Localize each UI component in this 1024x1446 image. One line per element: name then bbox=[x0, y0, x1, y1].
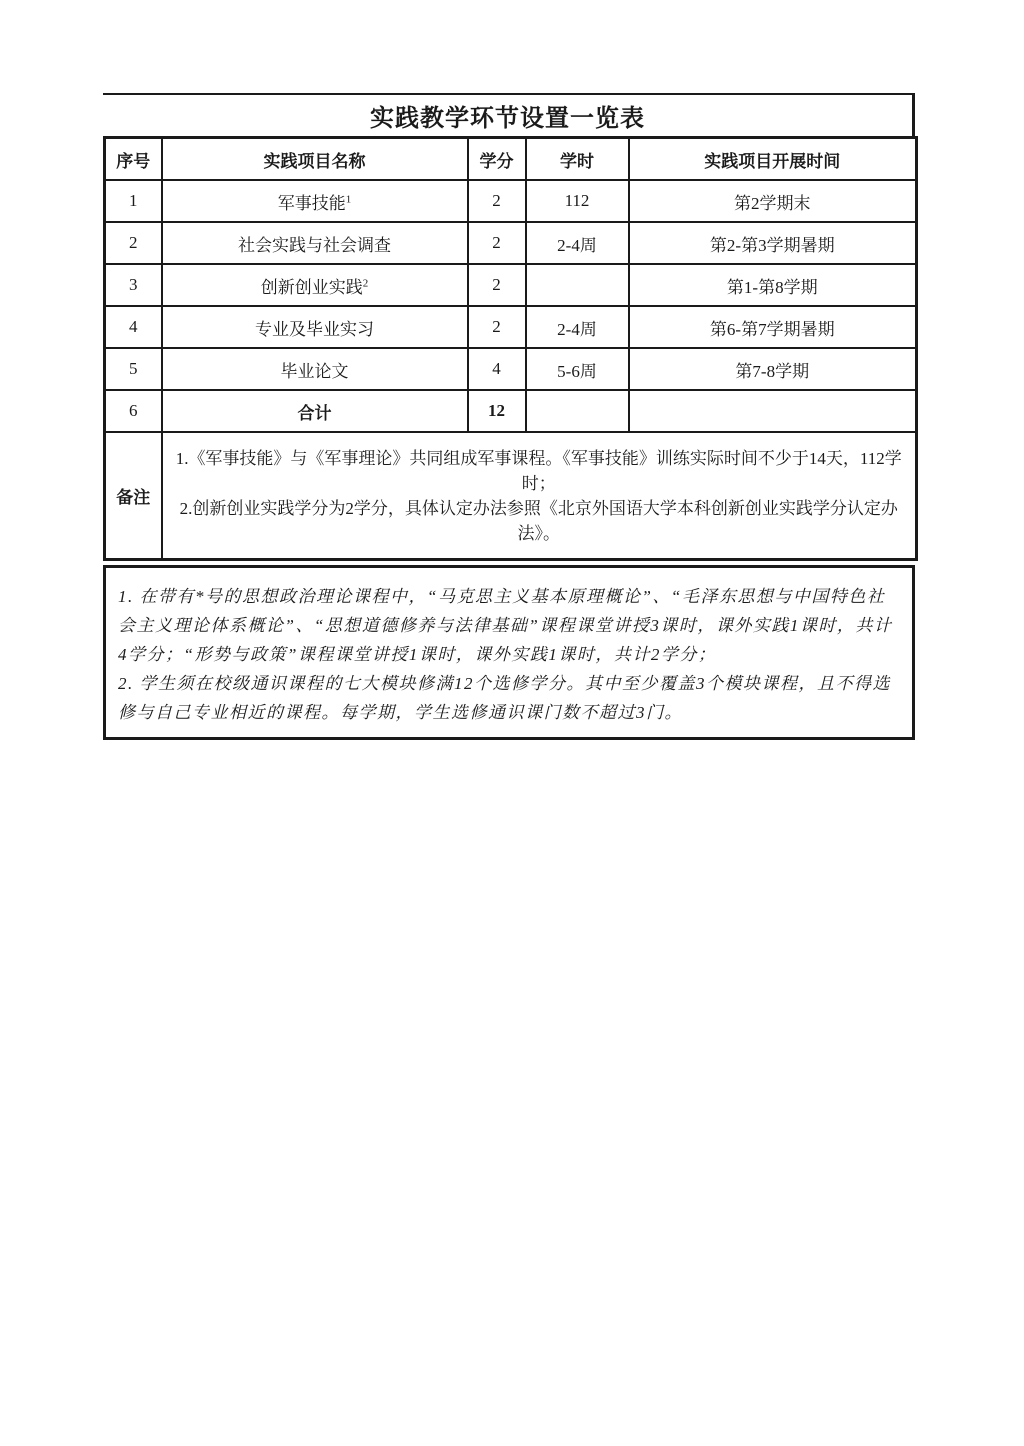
column-header-project-name: 实践项目名称 bbox=[162, 138, 468, 181]
cell-time: 第2学期末 bbox=[629, 180, 917, 222]
cell-seq: 5 bbox=[105, 348, 162, 390]
cell-time: 第7-8学期 bbox=[629, 348, 917, 390]
cell-hours bbox=[526, 390, 629, 432]
cell-hours bbox=[526, 264, 629, 306]
remark-content: 1.《军事技能》与《军事理论》共同组成军事课程。《军事技能》训练实际时间不少于1… bbox=[162, 432, 917, 560]
table-title: 实践教学环节设置一览表 bbox=[370, 98, 645, 133]
total-row: 6 合计 12 bbox=[105, 390, 917, 432]
remark-row: 备注 1.《军事技能》与《军事理论》共同组成军事课程。《军事技能》训练实际时间不… bbox=[105, 432, 917, 560]
cell-total-credits: 12 bbox=[468, 390, 526, 432]
practice-schedule-table: 序号 实践项目名称 学分 学时 实践项目开展时间 1 军事技能1 2 112 第… bbox=[103, 136, 918, 561]
cell-credits: 2 bbox=[468, 222, 526, 264]
remark-label: 备注 bbox=[105, 432, 162, 560]
cell-project-name: 专业及毕业实习 bbox=[162, 306, 468, 348]
cell-credits: 4 bbox=[468, 348, 526, 390]
cell-seq: 6 bbox=[105, 390, 162, 432]
cell-hours: 5-6周 bbox=[526, 348, 629, 390]
cell-credits: 2 bbox=[468, 306, 526, 348]
column-header-time: 实践项目开展时间 bbox=[629, 138, 917, 181]
cell-time: 第1-第8学期 bbox=[629, 264, 917, 306]
cell-seq: 3 bbox=[105, 264, 162, 306]
cell-time bbox=[629, 390, 917, 432]
header-row: 序号 实践项目名称 学分 学时 实践项目开展时间 bbox=[105, 138, 917, 181]
footnote-2: 2. 学生须在校级通识课程的七大模块修满12个选修学分。其中至少覆盖3个模块课程… bbox=[118, 669, 900, 727]
footnotes-box: 1. 在带有*号的思想政治理论课程中，“马克思主义基本原理概论”、“毛泽东思想与… bbox=[103, 565, 915, 740]
project-name-text: 创新创业实践 bbox=[261, 278, 363, 297]
column-header-hours: 学时 bbox=[526, 138, 629, 181]
cell-hours: 2-4周 bbox=[526, 222, 629, 264]
footnote-ref: 1 bbox=[346, 193, 352, 205]
document-content: 实践教学环节设置一览表 序号 实践项目名称 学分 学时 实践项目开展时间 bbox=[103, 93, 915, 740]
table-title-box: 实践教学环节设置一览表 bbox=[103, 93, 915, 136]
cell-project-name: 创新创业实践2 bbox=[162, 264, 468, 306]
cell-seq: 4 bbox=[105, 306, 162, 348]
remark-line: 2.创新创业实践学分为2学分，具体认定办法参照《北京外国语大学本科创新创业实践学… bbox=[163, 496, 916, 546]
cell-hours: 112 bbox=[526, 180, 629, 222]
cell-time: 第6-第7学期暑期 bbox=[629, 306, 917, 348]
cell-project-name: 社会实践与社会调查 bbox=[162, 222, 468, 264]
cell-seq: 2 bbox=[105, 222, 162, 264]
footnote-1: 1. 在带有*号的思想政治理论课程中，“马克思主义基本原理概论”、“毛泽东思想与… bbox=[118, 582, 900, 669]
remark-line: 1.《军事技能》与《军事理论》共同组成军事课程。《军事技能》训练实际时间不少于1… bbox=[163, 446, 916, 496]
cell-project-name: 毕业论文 bbox=[162, 348, 468, 390]
cell-project-name: 军事技能1 bbox=[162, 180, 468, 222]
column-header-credits: 学分 bbox=[468, 138, 526, 181]
table-row: 3 创新创业实践2 2 第1-第8学期 bbox=[105, 264, 917, 306]
table-row: 2 社会实践与社会调查 2 2-4周 第2-第3学期暑期 bbox=[105, 222, 917, 264]
cell-credits: 2 bbox=[468, 264, 526, 306]
cell-credits: 2 bbox=[468, 180, 526, 222]
document-page: 实践教学环节设置一览表 序号 实践项目名称 学分 学时 实践项目开展时间 bbox=[0, 0, 1024, 1446]
table-row: 4 专业及毕业实习 2 2-4周 第6-第7学期暑期 bbox=[105, 306, 917, 348]
table-row: 5 毕业论文 4 5-6周 第7-8学期 bbox=[105, 348, 917, 390]
cell-time: 第2-第3学期暑期 bbox=[629, 222, 917, 264]
footnote-ref: 2 bbox=[363, 277, 369, 289]
column-header-seq: 序号 bbox=[105, 138, 162, 181]
table-row: 1 军事技能1 2 112 第2学期末 bbox=[105, 180, 917, 222]
cell-total-label: 合计 bbox=[162, 390, 468, 432]
project-name-text: 军事技能 bbox=[278, 194, 346, 213]
cell-hours: 2-4周 bbox=[526, 306, 629, 348]
cell-seq: 1 bbox=[105, 180, 162, 222]
